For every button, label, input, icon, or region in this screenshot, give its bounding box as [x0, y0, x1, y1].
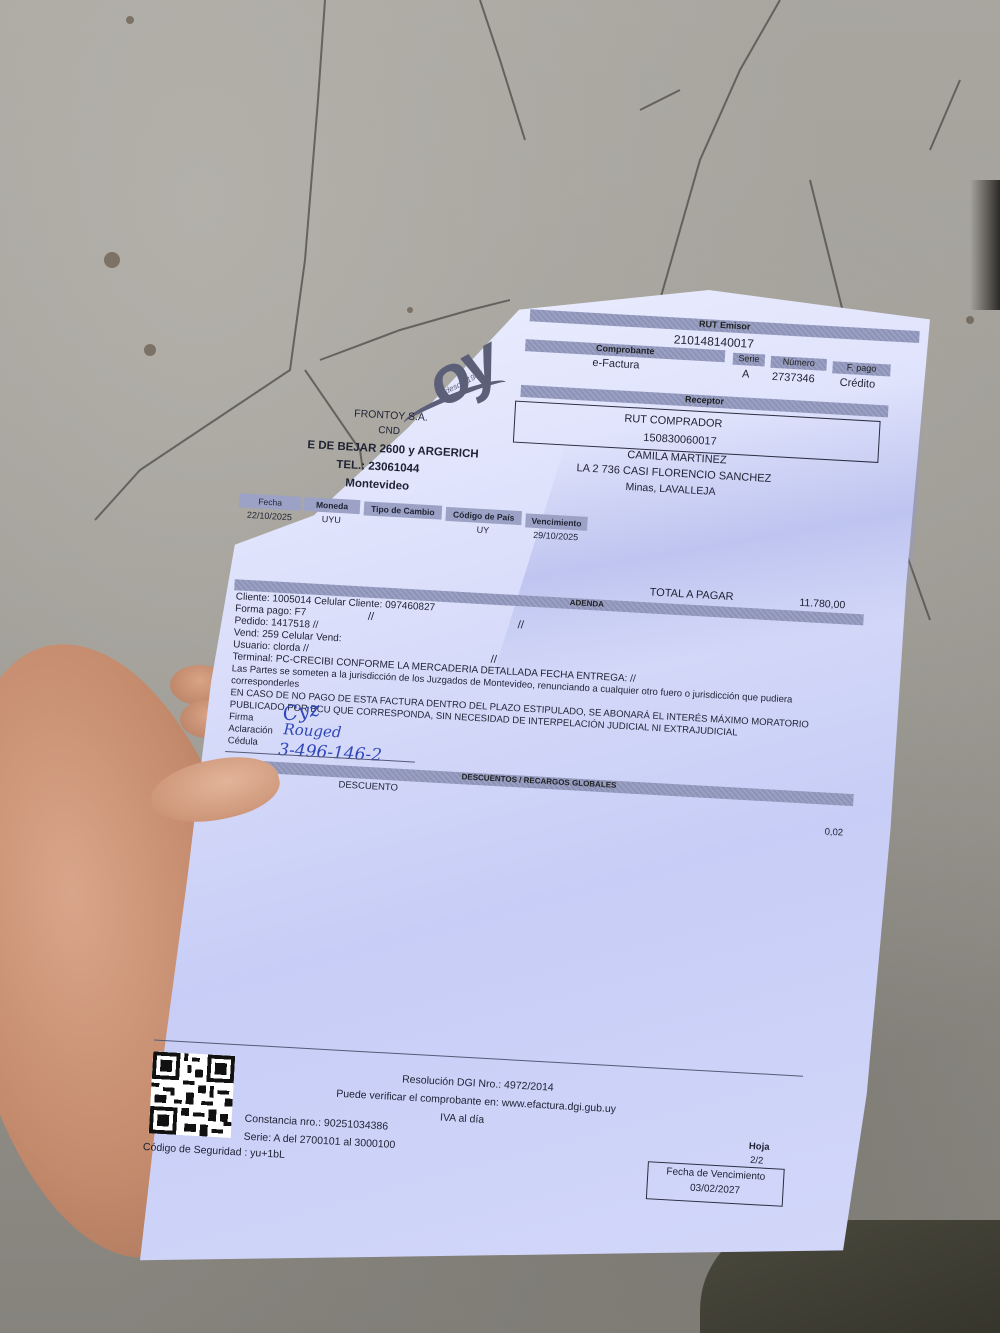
- numero-value: 2737346: [772, 371, 815, 385]
- security-code: Código de Seguridad : yu+1bL: [143, 1141, 286, 1161]
- meta-vencimiento: Vencimiento 29/10/2025: [524, 513, 587, 542]
- fecha-vencimiento-value: 03/02/2027: [647, 1180, 782, 1199]
- meta-moneda: Moneda UYU: [303, 497, 360, 526]
- descuento-value: 0,02: [824, 827, 843, 839]
- iva-al-dia: IVA al día: [440, 1112, 485, 1126]
- handwritten-aclaracion: Rouged: [283, 720, 342, 741]
- meta-fecha: Fecha 22/10/2025: [238, 493, 301, 522]
- issuer-cnd: CND: [378, 425, 400, 437]
- qr-code-icon: [149, 1051, 235, 1137]
- fecha-vencimiento-box: Fecha de Vencimiento 03/02/2027: [646, 1161, 785, 1207]
- adenda-separator: //: [490, 654, 497, 666]
- numero-header: Número: [770, 356, 827, 371]
- fpago-value: Crédito: [839, 377, 875, 391]
- comprobante-value: e-Factura: [592, 357, 640, 372]
- meta-tipo-cambio: Tipo de Cambio: [363, 501, 442, 521]
- serie-value: A: [742, 368, 750, 380]
- meta-codigo-pais: Código de País UY: [445, 507, 522, 537]
- adenda-separator: //: [517, 619, 524, 631]
- total-value: 11.780,00: [799, 597, 846, 612]
- issuer-city: Montevideo: [345, 477, 409, 493]
- total-label: TOTAL A PAGAR: [649, 586, 734, 603]
- descuento-label: DESCUENTO: [338, 779, 398, 793]
- background-object: [970, 180, 1000, 310]
- hoja-label: Hoja: [749, 1141, 770, 1153]
- adenda-separator: //: [368, 611, 375, 623]
- firma-label: Firma: [229, 711, 254, 723]
- constancia-nro: Constancia nro.: 90251034386: [244, 1113, 388, 1133]
- issuer-phone: TEL.: 23061044: [336, 459, 420, 476]
- receptor-city: Minas, LAVALLEJA: [625, 481, 716, 498]
- cedula-label: Cédula: [227, 735, 258, 748]
- fpago-header: F. pago: [832, 361, 891, 376]
- descuentos-header: DESCUENTOS / RECARGOS GLOBALES: [224, 759, 854, 806]
- receptor-address: LA 2 736 CASI FLORENCIO SANCHEZ: [576, 462, 771, 485]
- issuer-address: E DE BEJAR 2600 y ARGERICH: [307, 439, 479, 461]
- footer-divider: [154, 1039, 803, 1076]
- verify-url: Puede verificar el comprobante en: www.e…: [336, 1088, 616, 1116]
- resolucion-dgi: Resolución DGI Nro.: 4972/2014: [402, 1073, 554, 1093]
- serie-header: Serie: [733, 353, 766, 367]
- hoja-value: 2/2: [750, 1155, 764, 1167]
